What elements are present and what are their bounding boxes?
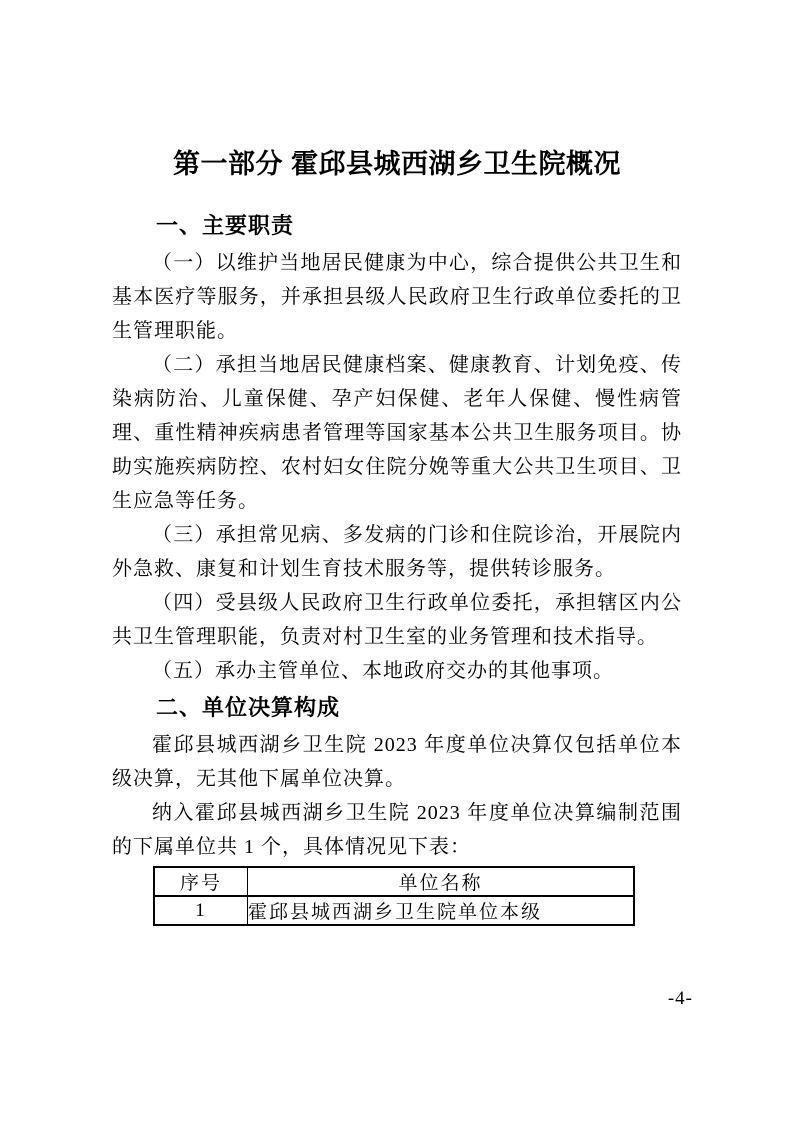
document-page: 第一部分 霍邱县城西湖乡卫生院概况 一、主要职责 （一）以维护当地居民健康为中心… [0, 0, 793, 1122]
duty-paragraph-3: （三）承担常见病、多发病的门诊和住院诊治，开展院内外急救、康复和计划生育技术服务… [112, 518, 682, 586]
budget-paragraph-1: 霍邱县城西湖乡卫生院 2023 年度单位决算仅包括单位本级决算，无其他下属单位决… [112, 728, 682, 796]
column-header-index: 序号 [154, 867, 248, 896]
table-row: 1 霍邱县城西湖乡卫生院单位本级 [154, 896, 634, 925]
duty-paragraph-4: （四）受县级人民政府卫生行政单位委托，承担辖区内公共卫生管理职能，负责对村卫生室… [112, 586, 682, 654]
subunit-table: 序号 单位名称 1 霍邱县城西湖乡卫生院单位本级 [153, 866, 635, 926]
page-content: 第一部分 霍邱县城西湖乡卫生院概况 一、主要职责 （一）以维护当地居民健康为中心… [0, 0, 793, 926]
section-budget-composition-heading: 二、单位决算构成 [112, 688, 682, 728]
subunit-table-body: 1 霍邱县城西湖乡卫生院单位本级 [154, 896, 634, 925]
page-title: 第一部分 霍邱县城西湖乡卫生院概况 [112, 146, 682, 182]
table-header-row: 序号 单位名称 [154, 867, 634, 896]
section-main-duties-heading: 一、主要职责 [112, 206, 682, 246]
budget-paragraph-2: 纳入霍邱县城西湖乡卫生院 2023 年度单位决算编制范围的下属单位共 1 个，具… [112, 796, 682, 864]
duty-paragraph-1: （一）以维护当地居民健康为中心，综合提供公共卫生和基本医疗等服务，并承担县级人民… [112, 246, 682, 348]
page-number: -4- [668, 988, 693, 1010]
subunit-table-header: 序号 单位名称 [154, 867, 634, 896]
duty-paragraph-5: （五）承办主管单位、本地政府交办的其他事项。 [112, 654, 682, 688]
cell-index: 1 [154, 896, 248, 925]
cell-unit-name: 霍邱县城西湖乡卫生院单位本级 [248, 896, 635, 925]
duty-paragraph-2: （二）承担当地居民健康档案、健康教育、计划免疫、传染病防治、儿童保健、孕产妇保健… [112, 348, 682, 518]
section-budget-composition: 二、单位决算构成 霍邱县城西湖乡卫生院 2023 年度单位决算仅包括单位本级决算… [112, 688, 682, 926]
section-main-duties: 一、主要职责 （一）以维护当地居民健康为中心，综合提供公共卫生和基本医疗等服务，… [112, 206, 682, 688]
column-header-unit-name: 单位名称 [248, 867, 635, 896]
